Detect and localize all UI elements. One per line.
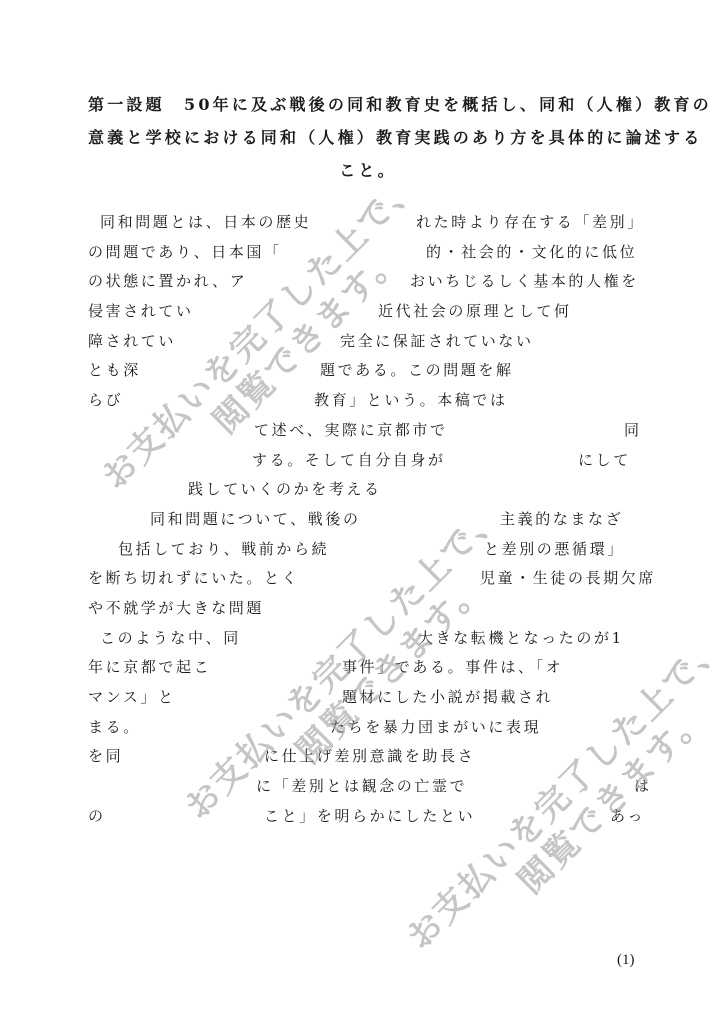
text-fragment: に仕上げ差別意識を助長さ	[264, 742, 475, 772]
text-fragment: 障されてい	[88, 327, 176, 357]
text-line: に「差別とは観念の亡霊では	[88, 772, 648, 802]
text-fragment: とも深	[88, 356, 141, 386]
text-fragment: 包括しており、戦前から続	[118, 535, 329, 565]
text-line: の問題であり、日本国「的・社会的・文化的に低位	[88, 238, 648, 268]
text-fragment: にして	[578, 446, 631, 476]
text-fragment: は	[634, 772, 652, 802]
text-fragment: 教育」という。本稿では	[314, 386, 508, 416]
text-line: らび教育」という。本稿では	[88, 386, 648, 416]
text-fragment: マンス」と	[88, 683, 176, 713]
text-fragment: らび	[88, 386, 123, 416]
text-fragment: たちを暴力団まがいに表現	[330, 713, 541, 743]
text-fragment: まる。	[88, 713, 141, 743]
text-fragment: れた時より存在する「差別」	[416, 208, 645, 238]
text-fragment: あっ	[610, 802, 645, 832]
text-fragment: を同	[88, 742, 123, 772]
text-fragment: 近代社会の原理として何	[378, 297, 572, 327]
text-fragment: の問題であり、日本国「	[88, 238, 282, 268]
text-line: 障されてい完全に保証されていない	[88, 327, 648, 357]
text-line: や不就学が大きな問題	[88, 594, 648, 624]
text-fragment: 大きな転機となったのが1	[418, 624, 624, 654]
text-line: 侵害されてい近代社会の原理として何	[88, 297, 648, 327]
text-fragment: 同	[624, 416, 642, 446]
text-fragment: と差別の悪循環」	[484, 535, 625, 565]
assignment-title: 第一設題 50年に及ぶ戦後の同和教育史を概括し、同和（人権）教育の 意義と学校に…	[88, 88, 648, 187]
text-line: のこと」を明らかにしたといあっ	[88, 802, 648, 832]
text-fragment: を断ち切れずにいた。とく	[88, 564, 299, 594]
text-line: 年に京都で起こ事件」である。事件は、「オ	[88, 653, 648, 683]
title-line: こと。	[88, 154, 648, 187]
text-fragment: こと」を明らかにしたとい	[264, 802, 475, 832]
text-fragment: 的・社会的・文化的に低位	[426, 238, 637, 268]
text-fragment: 児童・生徒の長期欠席	[480, 564, 656, 594]
text-line: て述べ、実際に京都市で同	[88, 416, 648, 446]
text-fragment: の状態に置かれ、ア	[88, 267, 247, 297]
text-fragment: 年に京都で起こ	[88, 653, 211, 683]
text-fragment: 同和問題とは、日本の歴史	[100, 208, 311, 238]
text-fragment: に「差別とは観念の亡霊で	[256, 772, 467, 802]
text-fragment: 完全に保証されていない	[340, 327, 534, 357]
text-fragment: 主義的なまなざ	[500, 505, 623, 535]
text-fragment: 事件」である。事件は、「オ	[342, 653, 563, 683]
title-line: 第一設題 50年に及ぶ戦後の同和教育史を概括し、同和（人権）教育の	[88, 88, 648, 121]
text-fragment: 践していくのかを考える	[188, 475, 382, 505]
text-line: する。そして自分自身がにして	[88, 446, 648, 476]
text-line: 同和問題とは、日本の歴史れた時より存在する「差別」	[88, 208, 648, 238]
text-line: 包括しており、戦前から続と差別の悪循環」	[88, 535, 648, 565]
title-line: 意義と学校における同和（人権）教育実践のあり方を具体的に論述する	[88, 121, 648, 154]
text-fragment: おいちじるしく基本的人権を	[410, 267, 639, 297]
document-page: 第一設題 50年に及ぶ戦後の同和教育史を概括し、同和（人権）教育の 意義と学校に…	[0, 0, 724, 1024]
text-fragment: て述べ、実際に京都市で	[254, 416, 448, 446]
text-fragment: する。そして自分自身が	[252, 446, 446, 476]
text-line: を同に仕上げ差別意識を助長さ	[88, 742, 648, 772]
page-number: (1)	[617, 952, 635, 969]
essay-body: 同和問題とは、日本の歴史れた時より存在する「差別」の問題であり、日本国「的・社会…	[88, 208, 648, 831]
text-line: 同和問題について、戦後の主義的なまなざ	[88, 505, 648, 535]
text-line: マンス」と題材にした小説が掲載され	[88, 683, 648, 713]
text-line: とも深題である。この問題を解	[88, 356, 648, 386]
text-line: 践していくのかを考える	[88, 475, 648, 505]
text-fragment: 題材にした小説が掲載され	[342, 683, 553, 713]
text-fragment: 侵害されてい	[88, 297, 194, 327]
text-fragment: の	[88, 802, 106, 832]
text-fragment: や不就学が大きな問題	[88, 594, 264, 624]
text-fragment: 題である。この問題を解	[320, 356, 514, 386]
text-line: このような中、同大きな転機となったのが1	[88, 624, 648, 654]
text-line: の状態に置かれ、アおいちじるしく基本的人権を	[88, 267, 648, 297]
text-line: を断ち切れずにいた。とく児童・生徒の長期欠席	[88, 564, 648, 594]
text-line: まる。たちを暴力団まがいに表現	[88, 713, 648, 743]
text-fragment: 同和問題について、戦後の	[150, 505, 361, 535]
text-fragment: このような中、同	[100, 624, 241, 654]
